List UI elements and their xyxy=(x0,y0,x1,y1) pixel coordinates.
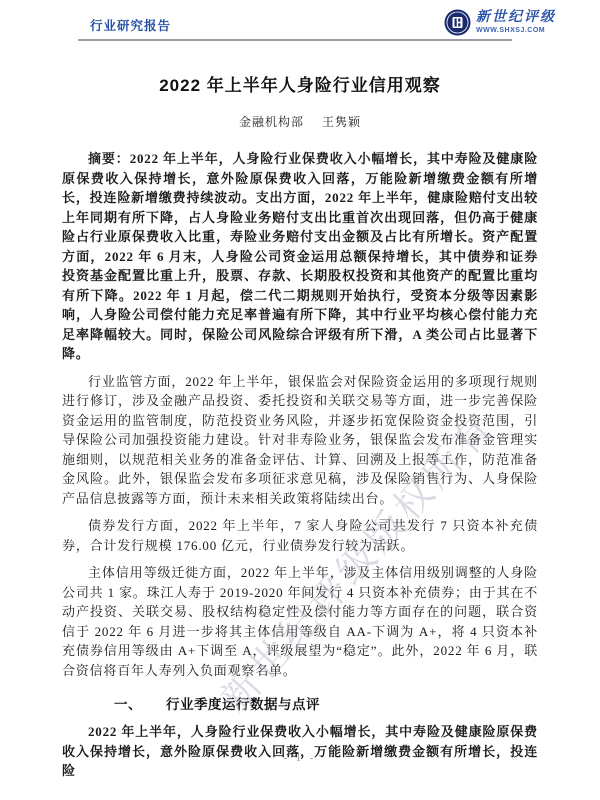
section-number: 一、 xyxy=(114,693,142,713)
brand-website: WWW.SHXSJ.COM xyxy=(476,27,556,34)
new-century-badge-icon xyxy=(444,9,471,36)
abstract-label: 摘要： xyxy=(88,151,130,166)
page-title: 2022 年上半年人身险行业信用观察 xyxy=(0,71,600,96)
abstract-paragraph: 摘要：2022 年上半年，人身险行业保费收入小幅增长，其中寿险及健康险原保费收入… xyxy=(62,149,538,364)
byline-department: 金融机构部 xyxy=(239,115,304,129)
abstract-text: 2022 年上半年，人身险行业保费收入小幅增长，其中寿险及健康险原保费收入保持增… xyxy=(62,151,538,361)
header-divider xyxy=(78,39,512,41)
page-header: 行业研究报告 新世纪评级 WWW.SHXSJ.COM xyxy=(0,0,600,41)
brand-name: 新世纪评级 xyxy=(476,11,556,25)
paragraph-credit-rating-migration: 主体信用等级迁徙方面，2022 年上半年，涉及主体信用级别调整的人身险公司共 1… xyxy=(62,563,538,680)
paragraph-industry-regulation: 行业监管方面，2022 年上半年，银保监会对保险资金运用的多项现行规则进行修订，… xyxy=(62,372,538,509)
section-title: 行业季度运行数据与点评 xyxy=(166,693,320,713)
document-body: 摘要：2022 年上半年，人身险行业保费收入小幅增长，其中寿险及健康险原保费收入… xyxy=(0,149,600,781)
brand-logo: 新世纪评级 WWW.SHXSJ.COM xyxy=(444,9,556,36)
report-page: 新世纪评级版权所有 行业研究报告 新世纪评级 WWW.SHXS xyxy=(0,0,600,800)
report-type-label: 行业研究报告 xyxy=(90,16,171,36)
byline: 金融机构部王隽颖 xyxy=(0,113,600,130)
byline-author: 王隽颖 xyxy=(322,115,361,129)
paragraph-bond-issuance: 债券发行方面，2022 年上半年，7 家人身险公司共发行 7 只资本补充债券，合… xyxy=(62,516,538,555)
section-opening-paragraph: 2022 年上半年，人身险行业保费收入小幅增长，其中寿险及健康险原保费收入保持增… xyxy=(62,722,538,781)
page-number: - 1 - xyxy=(0,753,600,764)
section-heading: 一、 行业季度运行数据与点评 xyxy=(62,693,538,713)
